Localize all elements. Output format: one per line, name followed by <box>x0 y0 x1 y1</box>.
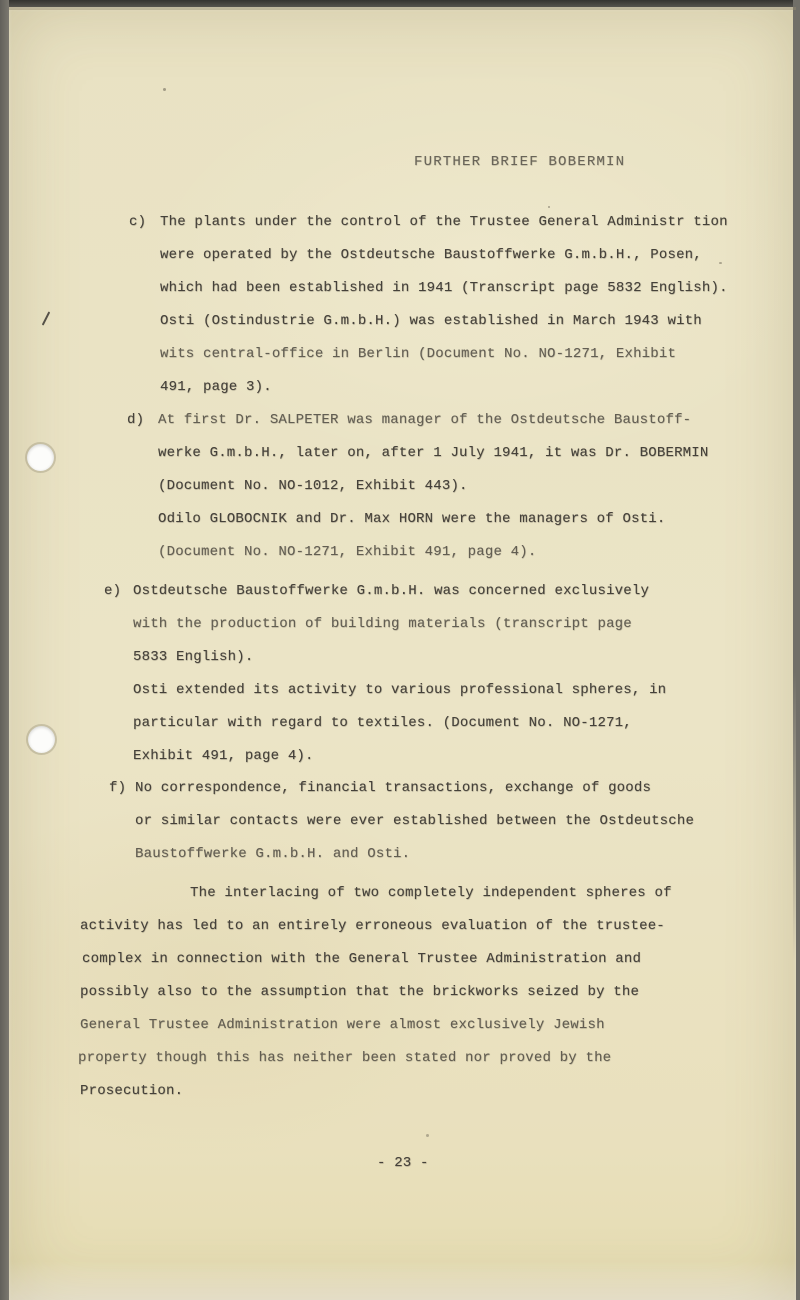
text-line: wits central-office in Berlin (Document … <box>160 346 676 363</box>
paper-sheet <box>9 7 796 1300</box>
text-line: with the production of building material… <box>133 616 632 633</box>
text-line: Osti extended its activity to various pr… <box>133 682 666 699</box>
section-marker-e: e) <box>104 583 121 600</box>
ink-speck <box>426 1134 429 1137</box>
scanned-document-page: FURTHER BRIEF BOBERMIN c) The plants und… <box>0 0 800 1300</box>
text-line: particular with regard to textiles. (Doc… <box>133 715 632 732</box>
paper-top-shadow <box>9 7 796 10</box>
text-line: 5833 English). <box>133 649 253 666</box>
text-line: (Document No. NO-1271, Exhibit 491, page… <box>158 544 536 561</box>
text-line: which had been established in 1941 (Tran… <box>160 280 728 297</box>
scan-edge-left <box>0 0 9 1300</box>
text-line: or similar contacts were ever establishe… <box>135 813 694 830</box>
document-title: FURTHER BRIEF BOBERMIN <box>414 154 625 171</box>
text-line: Prosecution. <box>80 1083 183 1100</box>
text-line: Odilo GLOBOCNIK and Dr. Max HORN were th… <box>158 511 665 528</box>
scan-edge-right <box>793 0 800 960</box>
punch-hole-bottom <box>28 726 55 753</box>
text-line: The interlacing of two completely indepe… <box>190 885 672 902</box>
text-line: property though this has neither been st… <box>78 1050 611 1067</box>
text-line: General Trustee Administration were almo… <box>80 1017 605 1034</box>
ink-speck <box>163 88 166 91</box>
text-line: The plants under the control of the Trus… <box>160 214 728 231</box>
page-number: - 23 - <box>377 1155 429 1172</box>
text-line: Baustoffwerke G.m.b.H. and Osti. <box>135 846 410 863</box>
text-line: 491, page 3). <box>160 379 272 396</box>
text-line: were operated by the Ostdeutsche Baustof… <box>160 247 702 264</box>
text-line: complex in connection with the General T… <box>82 951 641 968</box>
text-line: Ostdeutsche Baustoffwerke G.m.b.H. was c… <box>133 583 649 600</box>
text-line: No correspondence, financial transaction… <box>135 780 651 797</box>
text-line: Exhibit 491, page 4). <box>133 748 314 765</box>
section-marker-d: d) <box>127 412 144 429</box>
punch-hole-top <box>27 444 54 471</box>
text-line: Osti (Ostindustrie G.m.b.H.) was establi… <box>160 313 702 330</box>
ink-speck <box>719 262 722 264</box>
ink-speck <box>548 206 550 208</box>
scan-edge-top <box>0 0 800 7</box>
text-line: At first Dr. SALPETER was manager of the… <box>158 412 691 429</box>
section-marker-f: f) <box>109 780 126 797</box>
section-marker-c: c) <box>129 214 146 231</box>
text-line: activity has led to an entirely erroneou… <box>80 918 665 935</box>
text-line: (Document No. NO-1012, Exhibit 443). <box>158 478 468 495</box>
text-line: possibly also to the assumption that the… <box>80 984 639 1001</box>
text-line: werke G.m.b.H., later on, after 1 July 1… <box>158 445 709 462</box>
